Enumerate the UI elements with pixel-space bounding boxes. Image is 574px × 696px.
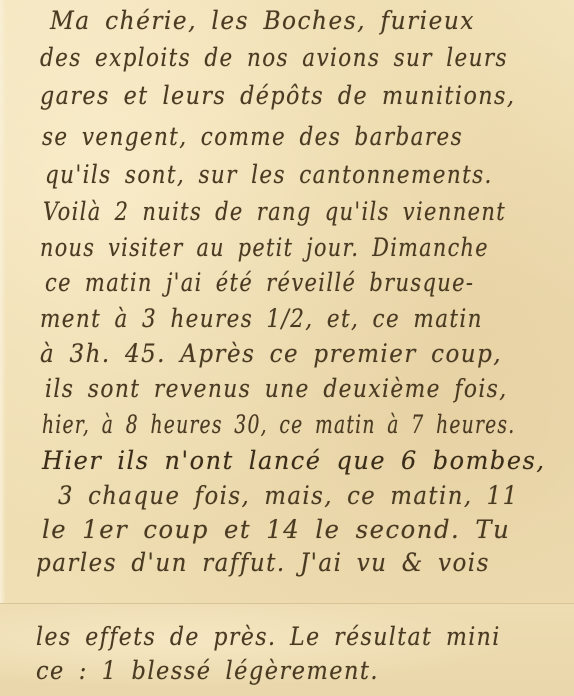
letter-line: qu'ils sont, sur les cantonnements. [45,160,493,189]
letter-line: ce matin j'ai été réveillé brusque- [45,268,474,297]
letter-line: nous visiter au petit jour. Dimanche [40,233,489,262]
letter-line: le 1er coup et 14 le second. Tu [42,515,510,544]
letter-line: hier, à 8 heures 30, ce matin à 7 heures… [42,410,515,439]
letter-line: Hier ils n'ont lancé que 6 bombes, [42,446,546,475]
letter-sheet-upper: Ma chérie, les Boches, furieux des explo… [0,0,574,604]
letter-line: ce : 1 blessé légèrement. [36,656,379,685]
letter-line: Ma chérie, les Boches, furieux [50,6,475,35]
letter-line: des exploits de nos avions sur leurs [40,43,508,72]
letter-line: à 3h. 45. Après ce premier coup, [40,339,502,368]
letter-line: se vengent, comme des barbares [42,122,463,151]
letter-line: ils sont revenus une deuxième fois, [45,374,508,403]
letter-line: les effets de près. Le résultat mini [36,622,501,651]
letter-line: parles d'un raffut. J'ai vu & vois [36,548,490,577]
paper-edge [0,0,6,603]
letter-sheet-lower: les effets de près. Le résultat mini ce … [0,604,574,696]
letter-line: 3 chaque fois, mais, ce matin, 11 [58,481,519,510]
letter-page: Ma chérie, les Boches, furieux des explo… [0,0,574,696]
letter-line: ment à 3 heures 1/2, et, ce matin [40,304,483,333]
letter-line: Voilà 2 nuits de rang qu'ils viennent [43,197,506,226]
letter-line: gares et leurs dépôts de munitions, [40,81,515,110]
